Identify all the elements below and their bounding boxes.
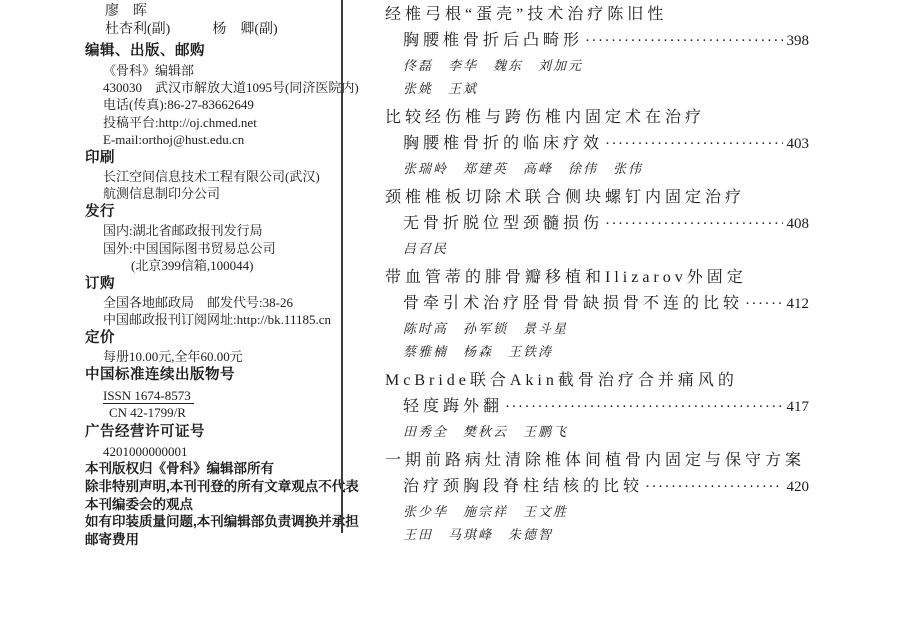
dot-leader: ········································… xyxy=(605,211,782,237)
author-line: 吕召民 xyxy=(385,237,809,260)
toc-title-line1: 带血管蒂的腓骨瓣移植和Ilizarov外固定 xyxy=(385,265,809,291)
toc-entry: 比较经伤椎与跨伤椎内固定术在治疗胸腰椎骨折的临床疗效··············… xyxy=(385,105,809,180)
toc-title-line2-row: 治疗颈胸段脊柱结核的比较····························… xyxy=(385,474,809,500)
notice-line: 邮寄费用 xyxy=(85,531,341,549)
masthead-column: 廖 晖 杜杏利(副)杨 卿(副) 编辑、出版、邮购《骨科》编辑部430030 武… xyxy=(85,3,341,549)
issn-block: ISSN 1674-8573CN 42-1799/R xyxy=(85,387,341,420)
editor-name: 廖 晖 xyxy=(105,3,147,21)
notice-line: 除非特别声明,本刊刊登的所有文章观点不代表 xyxy=(85,478,341,496)
toc-title-line1: 经椎弓根“蛋壳”技术治疗陈旧性 xyxy=(385,2,809,28)
toc-column: 经椎弓根“蛋壳”技术治疗陈旧性胸腰椎骨折后凸畸形················… xyxy=(385,2,809,551)
section-heading: 中国标准连续出版物号 xyxy=(85,366,341,386)
section-line: 国外:中国国际图书贸易总公司 xyxy=(85,240,341,257)
notice-line: 如有印装质量问题,本刊编辑部负责调换并承担 xyxy=(85,513,341,531)
section-heading: 发行 xyxy=(85,203,341,223)
section-line: 航测信息制印分公司 xyxy=(85,185,341,202)
toc-title-line1: McBride联合Akin截骨治疗合并痛风的 xyxy=(385,368,809,394)
dot-leader: ········································… xyxy=(585,28,782,54)
journal-page: 廖 晖 杜杏利(副)杨 卿(副) 编辑、出版、邮购《骨科》编辑部430030 武… xyxy=(0,0,900,630)
toc-entry: 一期前路病灶清除椎体间植骨内固定与保守方案治疗颈胸段脊柱结核的比较·······… xyxy=(385,448,809,546)
toc-entry: McBride联合Akin截骨治疗合并痛风的轻度踇外翻·············… xyxy=(385,368,809,443)
toc-title-line1: 比较经伤椎与跨伤椎内固定术在治疗 xyxy=(385,105,809,131)
dot-leader: ········································… xyxy=(745,291,782,317)
toc-title-line1: 颈椎椎板切除术联合侧块螺钉内固定治疗 xyxy=(385,185,809,211)
page-number: 403 xyxy=(787,131,810,157)
dot-leader: ········································… xyxy=(505,394,782,420)
author-line: 陈时高 孙军锁 景斗星 xyxy=(385,317,809,340)
author-line: 田秀全 樊秋云 王鹏飞 xyxy=(385,420,809,443)
section-line: 每册10.00元,全年60.00元 xyxy=(85,348,341,365)
column-divider xyxy=(341,0,343,533)
section-line: 国内:湖北省邮政报刊发行局 xyxy=(85,222,341,239)
toc-title-line2-row: 胸腰椎骨折的临床疗效······························… xyxy=(385,131,809,157)
toc-title-line2: 轻度踇外翻 xyxy=(385,394,503,420)
editor-names-block: 廖 晖 杜杏利(副)杨 卿(副) xyxy=(85,3,341,38)
page-number: 417 xyxy=(787,394,810,420)
section-heading: 订购 xyxy=(85,275,341,295)
author-line: 张瑞岭 郑建英 高峰 徐伟 张伟 xyxy=(385,157,809,180)
editor-name-row: 杜杏利(副)杨 卿(副) xyxy=(85,21,341,39)
dot-leader: ········································… xyxy=(645,474,782,500)
section-line: 中国邮政报刊订阅网址:http://bk.11185.cn xyxy=(85,311,341,328)
section-line: 《骨科》编辑部 xyxy=(85,62,341,79)
notice-line: 本刊版权归《骨科》编辑部所有 xyxy=(85,460,341,478)
toc-title-line2: 无骨折脱位型颈髓损伤 xyxy=(385,211,603,237)
author-line: 蔡雅楠 杨森 王铁涛 xyxy=(385,340,809,363)
page-number: 412 xyxy=(787,291,810,317)
toc-title-line2: 胸腰椎骨折后凸畸形 xyxy=(385,28,583,54)
masthead-sections: 编辑、出版、邮购《骨科》编辑部430030 武汉市解放大道1095号(同济医院内… xyxy=(85,42,341,460)
toc-title-line2: 治疗颈胸段脊柱结核的比较 xyxy=(385,474,643,500)
editor-name-row: 廖 晖 xyxy=(85,3,341,21)
issn-value: ISSN 1674-8573 xyxy=(103,388,194,404)
section-line: E-mail:orthoj@hust.edu.cn xyxy=(85,131,341,148)
toc-title-line2: 胸腰椎骨折的临床疗效 xyxy=(385,131,603,157)
section-heading: 编辑、出版、邮购 xyxy=(85,42,341,62)
section-line: 投稿平台:http://oj.chmed.net xyxy=(85,114,341,131)
section-line: 430030 武汉市解放大道1095号(同济医院内) xyxy=(85,79,341,96)
section-heading: 印刷 xyxy=(85,149,341,169)
toc-entry: 经椎弓根“蛋壳”技术治疗陈旧性胸腰椎骨折后凸畸形················… xyxy=(385,2,809,100)
toc-title-line2-row: 轻度踇外翻···································… xyxy=(385,394,809,420)
author-line: 佟磊 李华 魏东 刘加元 xyxy=(385,54,809,77)
section-heading: 广告经营许可证号 xyxy=(85,423,341,443)
page-number: 420 xyxy=(787,474,810,500)
toc-entry: 带血管蒂的腓骨瓣移植和Ilizarov外固定骨牵引术治疗胫骨骨缺损骨不连的比较·… xyxy=(385,265,809,363)
cn-value: CN 42-1799/R xyxy=(103,405,341,420)
toc-title-line2-row: 骨牵引术治疗胫骨骨缺损骨不连的比较·······················… xyxy=(385,291,809,317)
page-number: 408 xyxy=(787,211,810,237)
author-line: 张少华 施宗祥 王文胜 xyxy=(385,500,809,523)
page-number: 398 xyxy=(787,28,810,54)
section-heading: 定价 xyxy=(85,329,341,349)
dot-leader: ········································… xyxy=(605,131,782,157)
toc-title-line1: 一期前路病灶清除椎体间植骨内固定与保守方案 xyxy=(385,448,809,474)
notice-line: 本刊编委会的观点 xyxy=(85,496,341,514)
section-line: 全国各地邮政局 邮发代号:38-26 xyxy=(85,294,341,311)
copyright-notices: 本刊版权归《骨科》编辑部所有除非特别声明,本刊刊登的所有文章观点不代表本刊编委会… xyxy=(85,460,341,549)
toc-title-line2-row: 无骨折脱位型颈髓损伤······························… xyxy=(385,211,809,237)
section-line: 4201000000001 xyxy=(85,443,341,460)
author-line: 张姚 王斌 xyxy=(385,77,809,100)
toc-title-line2-row: 胸腰椎骨折后凸畸形·······························… xyxy=(385,28,809,54)
section-line: (北京399信箱,100044) xyxy=(85,257,341,274)
author-line: 王田 马琪峰 朱德智 xyxy=(385,523,809,546)
editor-name: 杜杏利(副) xyxy=(105,21,170,39)
toc-entry: 颈椎椎板切除术联合侧块螺钉内固定治疗无骨折脱位型颈髓损伤············… xyxy=(385,185,809,260)
editor-name: 杨 卿(副) xyxy=(212,21,277,39)
section-line: 长江空间信息技术工程有限公司(武汉) xyxy=(85,168,341,185)
section-line: 电话(传真):86-27-83662649 xyxy=(85,96,341,113)
toc-title-line2: 骨牵引术治疗胫骨骨缺损骨不连的比较 xyxy=(385,291,743,317)
